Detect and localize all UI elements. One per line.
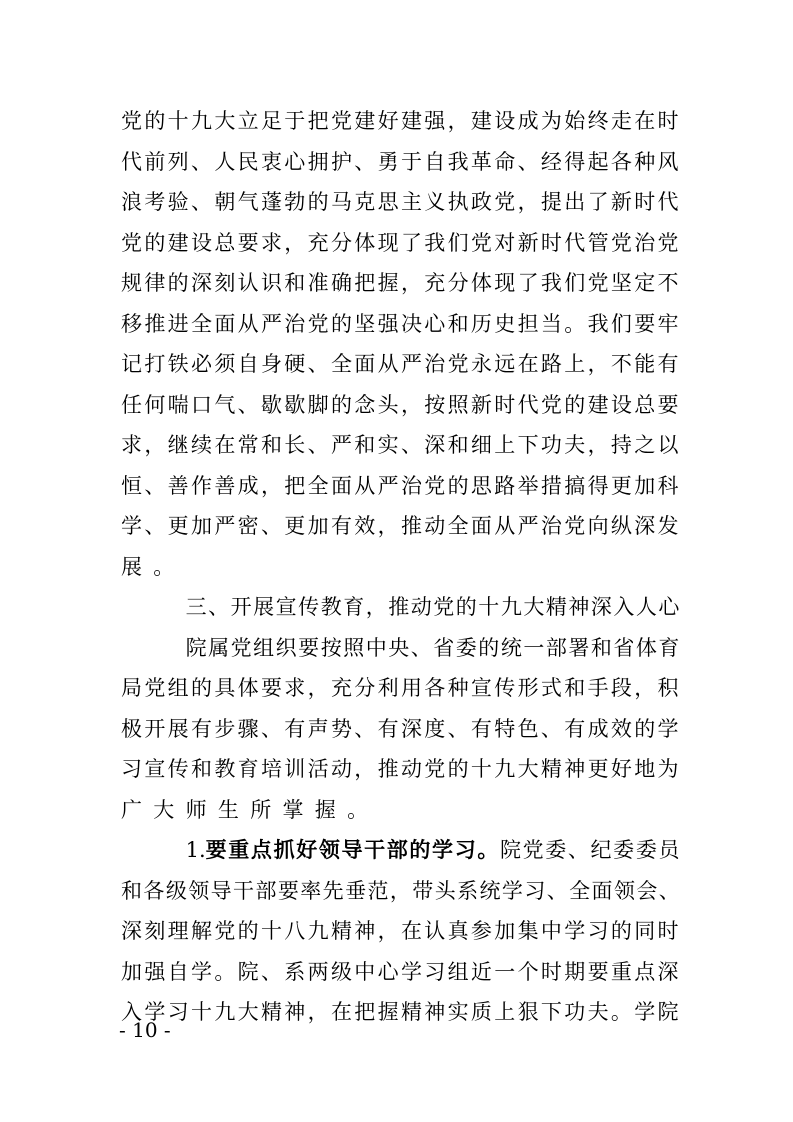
text-line: 和各级领导干部要率先垂范，带头系统学习、全面领会、 bbox=[121, 876, 681, 917]
text-line: 代前列、人民衷心拥护、勇于自我革命、经得起各种风 bbox=[121, 147, 681, 188]
text-line: 院属党组织要按照中央、省委的统一部署和省体育 bbox=[121, 633, 681, 674]
text-line: 规律的深刻认识和准确把握，充分体现了我们党坚定不 bbox=[121, 268, 681, 309]
text-line: 入学习十九大精神，在把握精神实质上狠下功夫。学院 bbox=[121, 997, 681, 1038]
text-line: 局党组的具体要求，充分利用各种宣传形式和手段，积 bbox=[121, 673, 681, 714]
text-line: 移推进全面从严治党的坚强决心和历史担当。我们要牢 bbox=[121, 309, 681, 350]
text-line: 浪考验、朝气蓬勃的马克思主义执政党，提出了新时代 bbox=[121, 187, 681, 228]
text-line: 习宣传和教育培训活动，推动党的十九大精神更好地为 bbox=[121, 754, 681, 795]
list-number: 1. bbox=[186, 835, 206, 876]
section-heading: 三、开展宣传教育，推动党的十九大精神深入人心 bbox=[121, 592, 681, 633]
text-line: 党的十九大立足于把党建好建强，建设成为始终走在时 bbox=[121, 106, 681, 147]
text-line: 加强自学。院、系两级中心学习组近一个时期要重点深 bbox=[121, 957, 681, 998]
text-line: 1.要重点抓好领导干部的学习。院党委、纪委委员 bbox=[121, 835, 681, 876]
text-line: 展。 bbox=[121, 552, 681, 593]
body-text: 党的十九大立足于把党建好建强，建设成为始终走在时代前列、人民衷心拥护、勇于自我革… bbox=[121, 106, 681, 1038]
text-line: 记打铁必须自身硬、全面从严治党永远在路上，不能有 bbox=[121, 349, 681, 390]
document-page: 党的十九大立足于把党建好建强，建设成为始终走在时代前列、人民衷心拥护、勇于自我革… bbox=[0, 0, 793, 1122]
text-line: 党的建设总要求，充分体现了我们党对新时代管党治党 bbox=[121, 228, 681, 269]
text-line: 学、更加严密、更加有效，推动全面从严治党向纵深发 bbox=[121, 511, 681, 552]
text-line: 极开展有步骤、有声势、有深度、有特色、有成效的学 bbox=[121, 714, 681, 755]
text-line: 恒、善作善成，把全面从严治党的思路举措搞得更加科 bbox=[121, 471, 681, 512]
text-line: 求，继续在常和长、严和实、深和细上下功夫，持之以 bbox=[121, 430, 681, 471]
text-line: 任何喘口气、歇歇脚的念头，按照新时代党的建设总要 bbox=[121, 390, 681, 431]
page-number: - 10 - bbox=[119, 1018, 171, 1042]
text-line: 广大师生所掌握。 bbox=[121, 795, 681, 836]
text-line: 深刻理解党的十八九精神，在认真参加集中学习的同时 bbox=[121, 916, 681, 957]
